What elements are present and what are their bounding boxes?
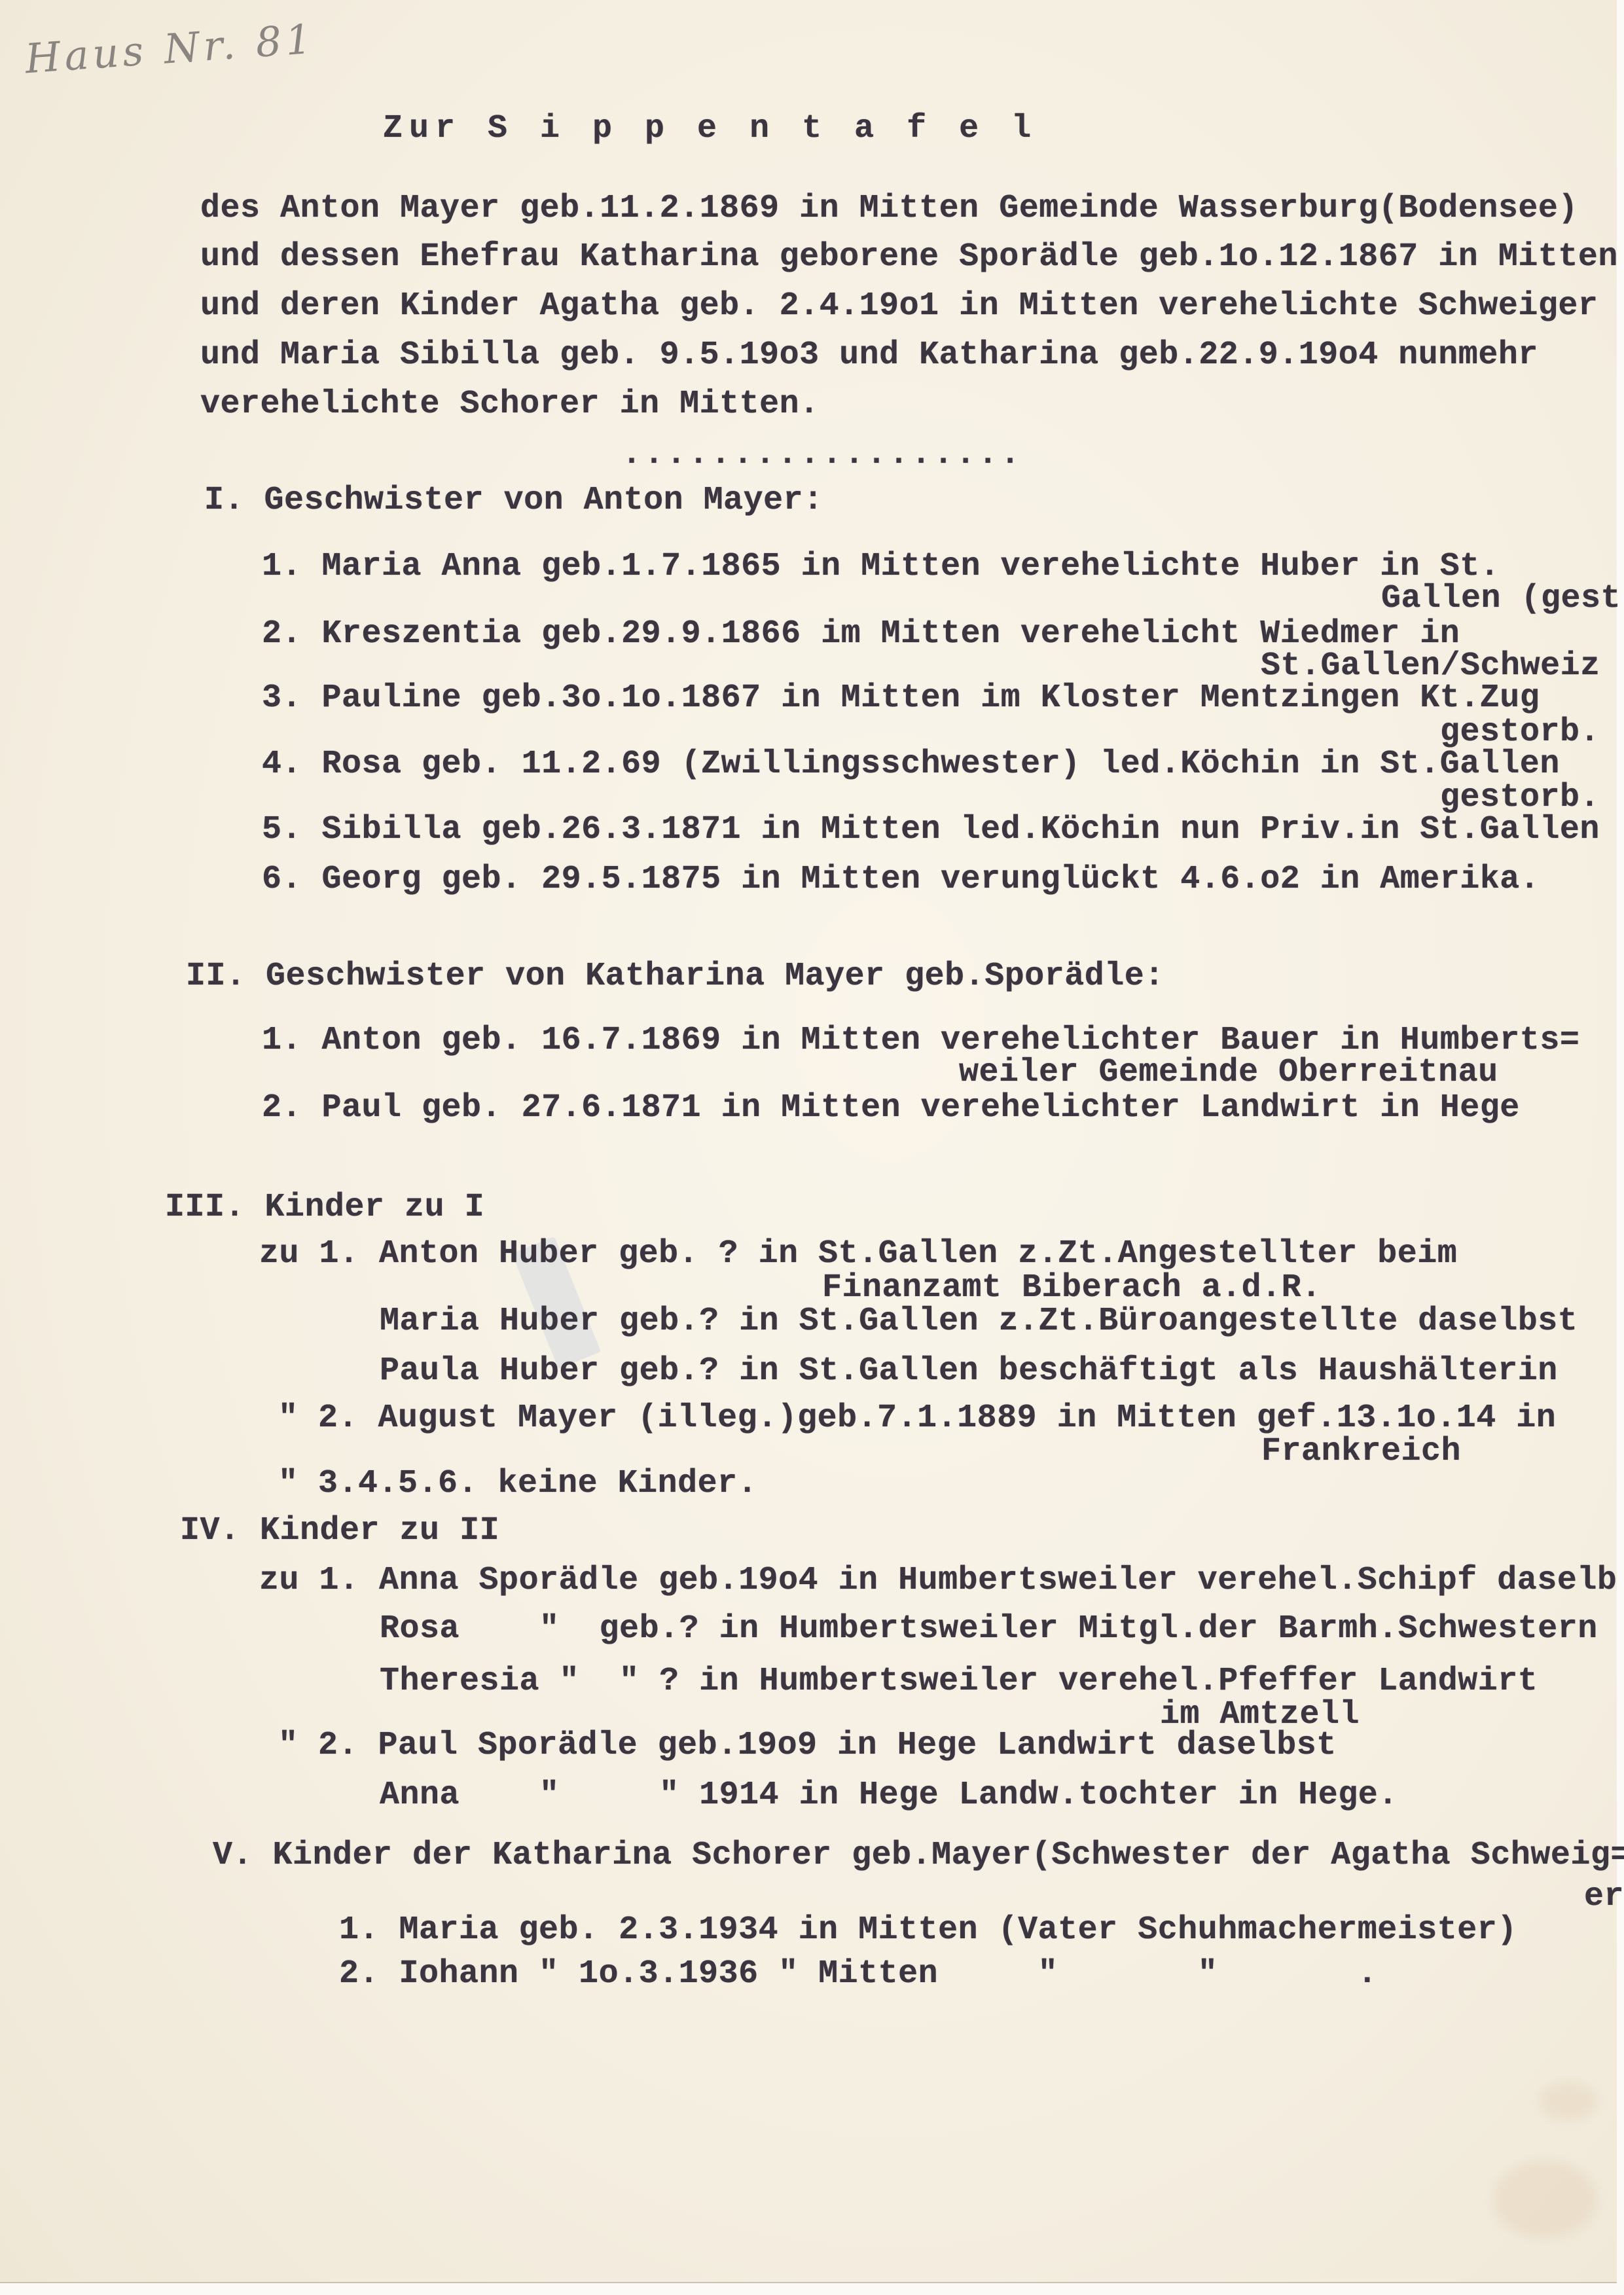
handwritten-note: Haus Nr. 81 <box>24 15 317 83</box>
list-item: zu 1. Anton Huber geb. ? in St.Gallen z.… <box>259 1238 1457 1271</box>
list-item: " 2. Paul Sporädle geb.19o9 in Hege Land… <box>278 1729 1337 1762</box>
list-item-cont: weiler Gemeinde Oberreitnau <box>959 1057 1498 1089</box>
list-item: Theresia " " ? in Humbertsweiler verehel… <box>380 1665 1538 1698</box>
intro-line: verehelichte Schorer in Mitten. <box>200 388 820 421</box>
intro-line: und dessen Ehefrau Katharina geborene Sp… <box>200 241 1618 274</box>
list-item: 6. Georg geb. 29.5.1875 in Mitten verung… <box>262 863 1540 896</box>
list-item: 1. Maria Anna geb.1.7.1865 in Mitten ver… <box>262 551 1500 583</box>
section-heading-2: II. Geschwister von Katharina Mayer geb.… <box>186 960 1164 993</box>
list-item: " 2. August Mayer (illeg.)geb.7.1.1889 i… <box>278 1402 1556 1435</box>
document-page: Haus Nr. 81 Zur S i p p e n t a f e l de… <box>0 0 1617 2283</box>
section-heading-5: V. Kinder der Katharina Schorer geb.Maye… <box>213 1839 1624 1872</box>
section-heading-3: III. Kinder zu I <box>165 1191 484 1224</box>
list-item-cont: gestorb. <box>1440 782 1600 814</box>
list-item: 2. Iohann " 1o.3.1936 " Mitten " " . <box>339 1958 1377 1991</box>
list-item-cont: Frankreich <box>1261 1436 1461 1468</box>
intro-line: und Maria Sibilla geb. 9.5.19o3 und Kath… <box>200 339 1538 372</box>
separator: .................. <box>622 439 1022 471</box>
list-item: Anna " " 1914 in Hege Landw.tochter in H… <box>380 1779 1398 1812</box>
section-heading-5-cont: er <box>1584 1881 1624 1913</box>
list-item: zu 1. Anna Sporädle geb.19o4 in Humberts… <box>259 1564 1617 1597</box>
list-item: 3. Pauline geb.3o.1o.1867 in Mitten im K… <box>262 682 1540 715</box>
intro-line: und deren Kinder Agatha geb. 2.4.19o1 in… <box>200 290 1598 323</box>
section-heading-4: IV. Kinder zu II <box>180 1515 499 1547</box>
list-item: Rosa " geb.? in Humbertsweiler Mitgl.der… <box>380 1613 1598 1646</box>
list-item: 1. Maria geb. 2.3.1934 in Mitten (Vater … <box>339 1914 1517 1947</box>
list-item: 5. Sibilla geb.26.3.1871 in Mitten led.K… <box>262 814 1600 846</box>
list-item: 4. Rosa geb. 11.2.69 (Zwillingsschwester… <box>262 748 1560 781</box>
list-item: 1. Anton geb. 16.7.1869 in Mitten verehe… <box>262 1024 1579 1057</box>
list-item-cont: St.Gallen/Schweiz <box>1261 650 1600 683</box>
section-heading-1: I. Geschwister von Anton Mayer: <box>204 484 823 517</box>
list-item: 2. Kreszentia geb.29.9.1866 im Mitten ve… <box>262 618 1460 651</box>
intro-line: des Anton Mayer geb.11.2.1869 in Mitten … <box>200 192 1578 225</box>
list-item-cont: Gallen (gest <box>1381 583 1621 615</box>
list-item-cont: Finanzamt Biberach a.d.R. <box>822 1272 1322 1305</box>
page-title: Zur S i p p e n t a f e l <box>383 113 1038 145</box>
list-item-cont: gestorb. <box>1440 716 1600 749</box>
list-item: 2. Paul geb. 27.6.1871 in Mitten verehel… <box>262 1092 1520 1125</box>
list-item: Maria Huber geb.? in St.Gallen z.Zt.Büro… <box>380 1305 1578 1338</box>
list-item: Paula Huber geb.? in St.Gallen beschäfti… <box>380 1355 1558 1388</box>
list-item: " 3.4.5.6. keine Kinder. <box>278 1468 757 1500</box>
